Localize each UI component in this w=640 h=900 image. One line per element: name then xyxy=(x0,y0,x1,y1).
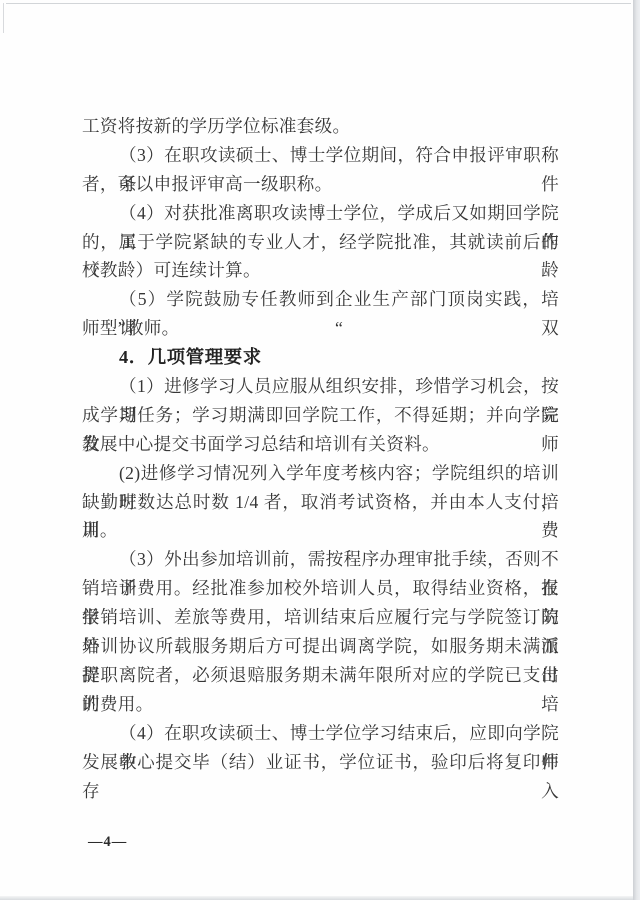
text-line: （3）外出参加培训前，需按程序办理审批手续，否则不予报 xyxy=(82,545,559,574)
document-lines: 工资将按新的学历学位标准套级。（3）在职攻读硕士、博士学位期间，符合申报评审职称… xyxy=(82,112,559,776)
text-line: 报销培训、差旅等费用，培训结束后应履行完与学院签订的外派 xyxy=(82,603,559,632)
section-heading: 4．几项管理要求 xyxy=(82,343,559,372)
text-line: 发展中心提交毕（结）业证书，学位证书，验印后将复印件存入 xyxy=(82,748,559,777)
text-line: 辞职离院者，必须退赔服务期未满年限所对应的学院已支付的培 xyxy=(82,661,559,690)
page-edge-bottom xyxy=(0,896,633,900)
scanned-page: 工资将按新的学历学位标准套级。（3）在职攻读硕士、博士学位期间，符合申报评审职称… xyxy=(0,0,640,900)
text-line: 培训协议所载服务期后方可提出调离学院，如服务期未满而提出 xyxy=(82,632,559,661)
text-line: （4）对获批准离职攻读博士学位，学成后又如期回学院工作 xyxy=(82,199,559,228)
text-line: 缺勤时数达总时数 1/4 者，取消考试资格，并由本人支付培训费 xyxy=(82,488,559,517)
page-edge-left xyxy=(3,3,4,33)
text-line: （1）进修学习人员应服从组织安排，珍惜学习机会，按期完 xyxy=(82,372,559,401)
page-number: —4— xyxy=(88,834,127,851)
page-edge-top xyxy=(6,3,631,4)
text-line: 工资将按新的学历学位标准套级。 xyxy=(82,112,559,141)
text-line: 成学习任务；学习期满即回学院工作，不得延期；并向学院教师 xyxy=(82,401,559,430)
page-edge-right xyxy=(633,0,640,900)
text-line: 销培训费用。经批准参加校外培训人员，取得结业资格，在学院 xyxy=(82,574,559,603)
text-line: 的，属于学院紧缺的专业人才，经学院批准，其就读前后的校龄 xyxy=(82,228,559,257)
text-line: （5）学院鼓励专任教师到企业生产部门顶岗实践，培训“双 xyxy=(82,285,559,314)
text-line: （3）在职攻读硕士、博士学位期间，符合申报评审职称条件 xyxy=(82,141,559,170)
text-line: (2)进修学习情况列入学年度考核内容；学院组织的培训班， xyxy=(82,459,559,488)
text-line: （4）在职攻读硕士、博士学位学习结束后，应即向学院教师 xyxy=(82,719,559,748)
